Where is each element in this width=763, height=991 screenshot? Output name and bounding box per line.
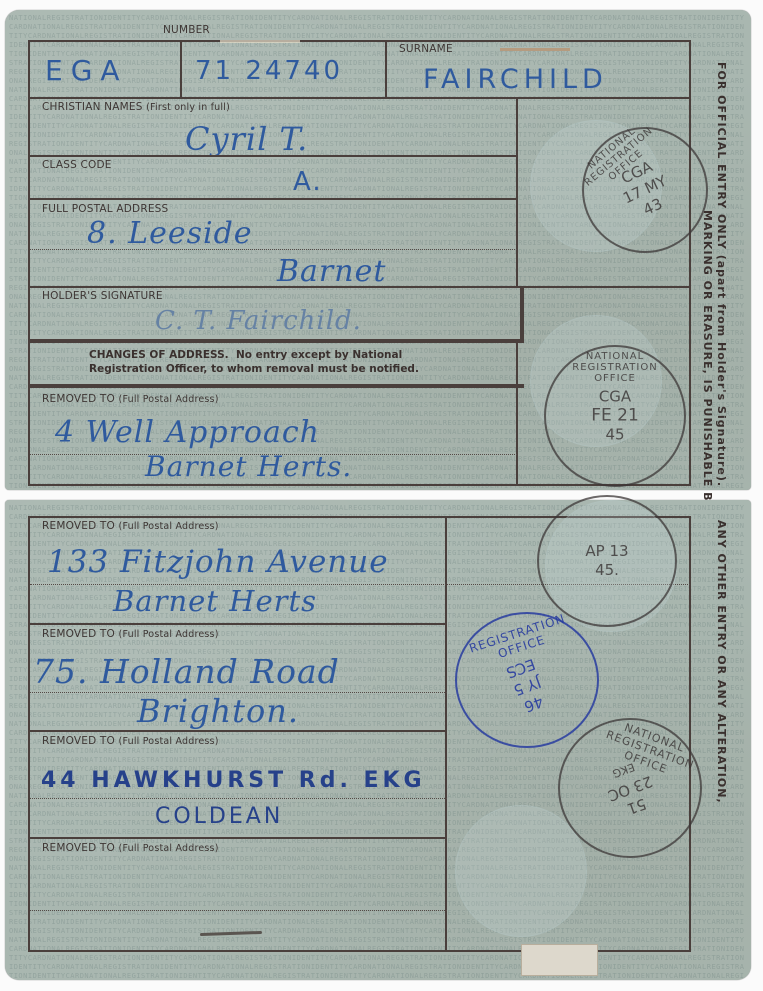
registration-stamp-3: AP 1345. [537,495,677,627]
registration-stamp-2: CGAFE 2145 NATIONAL REGISTRATION OFFICE [544,345,686,487]
christian-names-label: CHRISTIAN NAMES (First only in full) [42,101,230,113]
removal-3-line1: 75. Holland Road [33,652,340,691]
paper-tear [500,48,570,51]
removal-2-line2: Barnet Herts [113,584,317,618]
removal-2-line1: 133 Fitzjohn Avenue [47,544,389,580]
dotted-rule [30,249,517,250]
surname-value: FAIRCHILD [423,64,608,95]
removed-to-label: REMOVED TO (Full Postal Address) [42,393,219,405]
signature-label: HOLDER'S SIGNATURE [42,290,163,302]
removal-3-line2: Brighton. [137,692,299,730]
christian-names-value: Cyril T. [185,120,308,158]
divider-surname [385,40,387,98]
row-divider [28,97,691,99]
address-label: FULL POSTAL ADDRESS [42,203,168,215]
row-divider [28,155,517,157]
holder-signature: C. T. Fairchild. [155,306,362,336]
address-line1: 8. Leeside [87,216,253,251]
frame-right [689,516,691,952]
row-divider [28,198,517,200]
removed-to-label: REMOVED TO (Full Postal Address) [42,520,219,532]
removed-to-label: REMOVED TO (Full Postal Address) [42,735,219,747]
row-divider [28,286,691,288]
removal-1-line2: Barnet Herts. [145,450,352,483]
row-divider [28,730,447,732]
removed-to-label: REMOVED TO (Full Postal Address) [42,842,219,854]
card-top-half: NATIONALREGISTRATIONIDENTITYCARDNATIONAL… [5,10,751,490]
address-line2: Barnet [277,254,386,289]
stamp-ghost [455,805,587,937]
staple [200,931,262,936]
dotted-rule [30,798,447,799]
card-bottom-half: NATIONALREGISTRATIONIDENTITYCARDNATIONAL… [5,500,751,980]
official-column-divider [516,97,518,287]
surname-label: SURNAME [399,43,453,55]
registration-stamp-4: REGISTRATION OFFICE 46JY 5ECS [455,612,599,748]
class-code-value: A. [293,167,323,197]
row-divider [28,837,447,839]
number-label: NUMBER [163,24,210,36]
registration-stamp-1: CGA17 MY43 NATIONAL REGISTRATION OFFICE [582,127,708,253]
thick-divider [28,384,524,388]
frame-left [28,40,30,486]
official-column-divider-thick [520,286,524,342]
number-value: 71 24740 [195,56,343,86]
tape-patch [521,944,598,976]
frame-bottom [28,484,691,486]
class-code-label: CLASS CODE [42,159,112,171]
official-entry-notice-continued: ANY OTHER ENTRY OR ANY ALTERATION, [715,520,728,804]
official-column-divider [516,340,518,486]
frame-right [689,40,691,486]
removed-to-label: REMOVED TO (Full Postal Address) [42,628,219,640]
number-prefix: EGA [45,54,128,87]
removal-1-line1: 4 Well Approach [55,415,320,450]
dotted-rule [30,910,447,911]
removal-4-line2: COLDEAN [155,804,283,829]
changes-of-address-notice: CHANGES OF ADDRESS. No entry except by N… [89,348,419,376]
thick-divider [28,339,524,343]
row-divider [28,623,447,625]
divider-number [180,40,182,98]
frame-left [28,516,30,952]
registration-stamp-5: NATIONAL REGISTRATION OFFICE 5123 OCEKG [558,718,702,858]
removal-4-line1: 44 HAWKHURST Rd. EKG [41,768,426,793]
official-column-divider [445,516,447,952]
official-entry-notice: FOR OFFICIAL ENTRY ONLY (apart from Hold… [715,62,728,487]
frame-top [28,40,690,42]
paper-tear [220,40,300,43]
